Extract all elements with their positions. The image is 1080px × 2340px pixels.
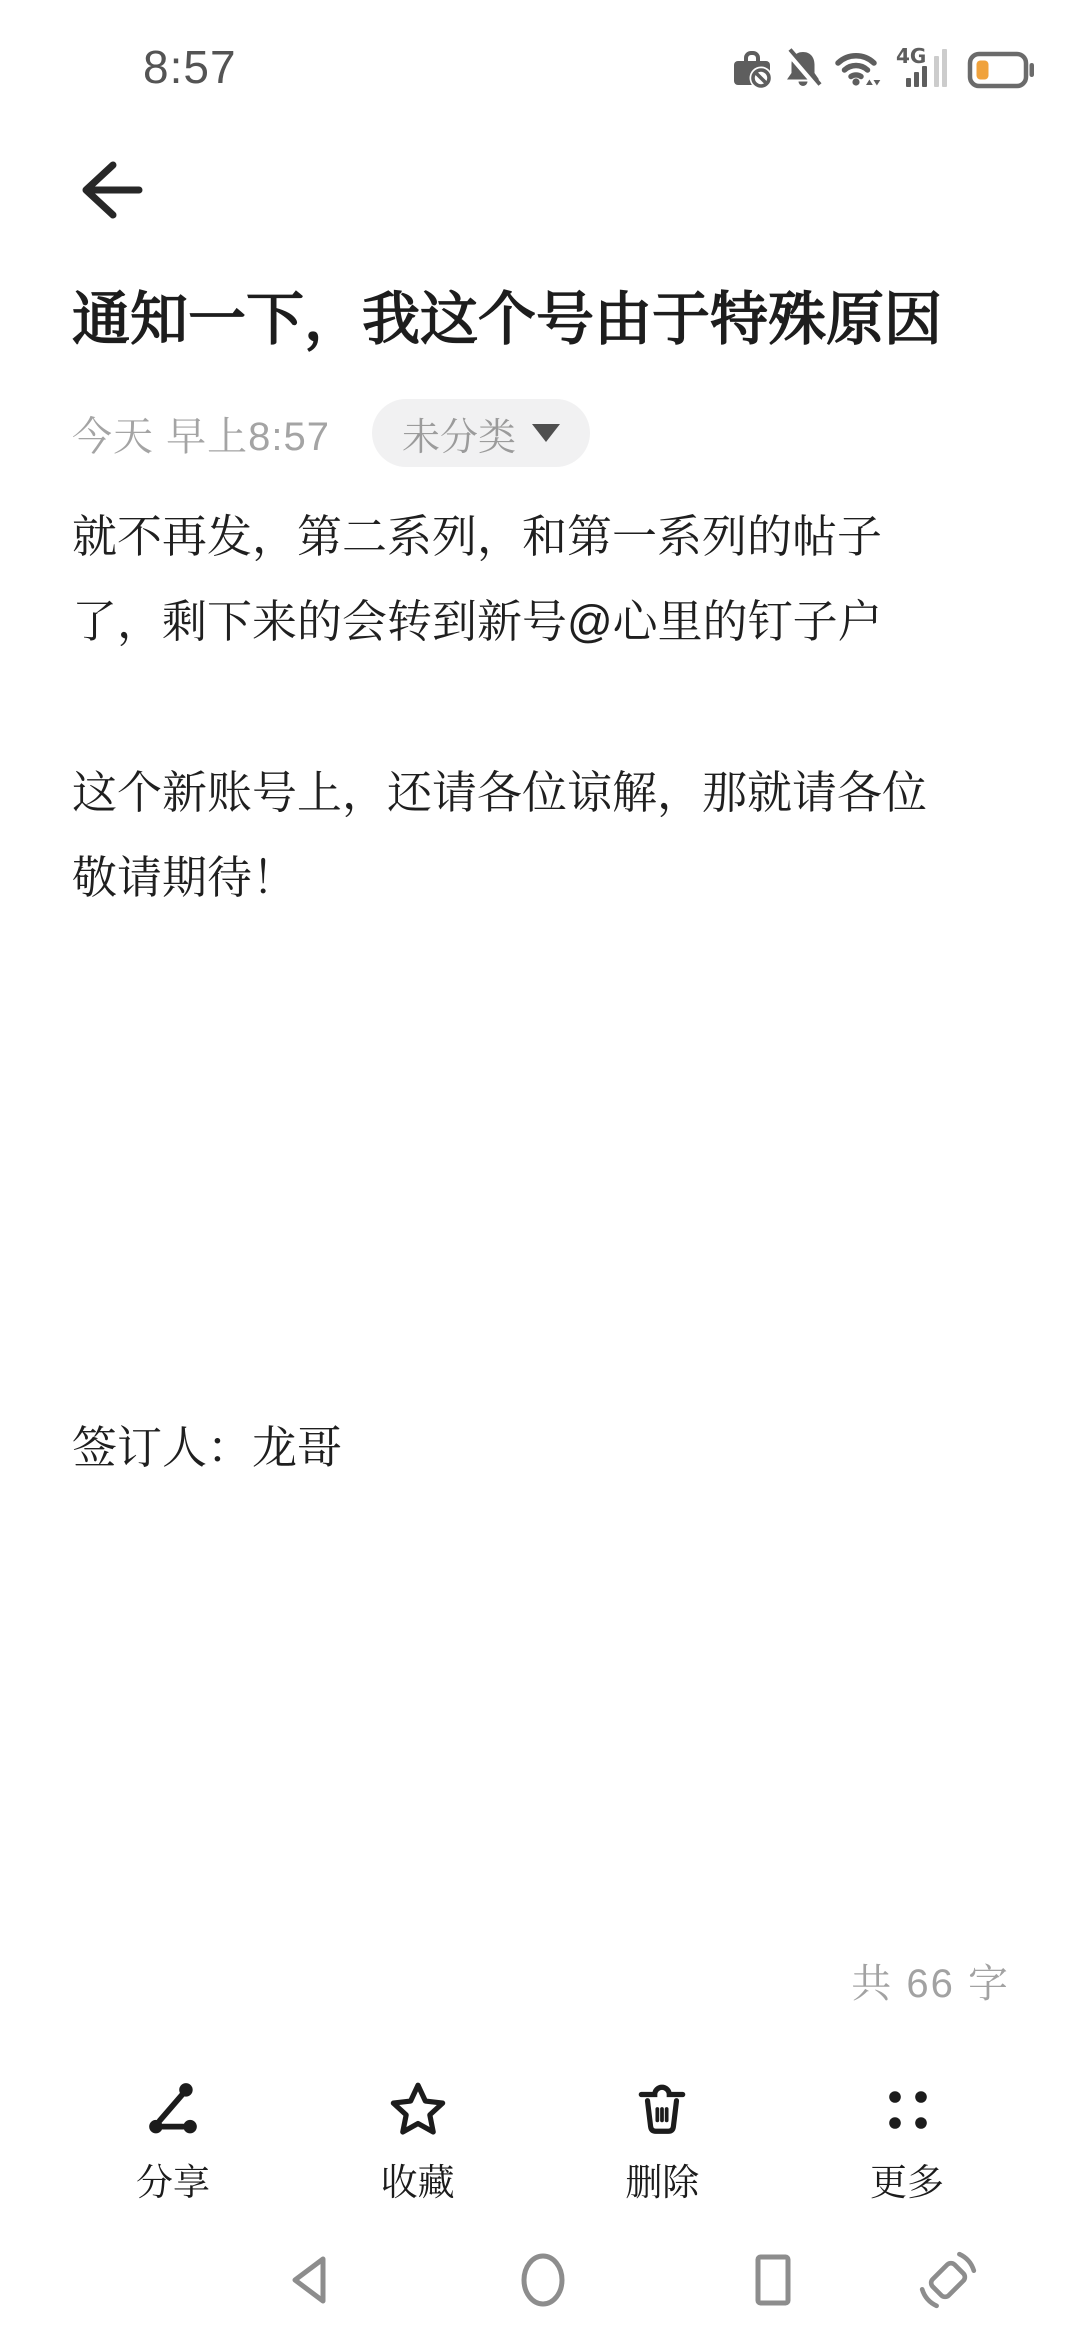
battery-low-icon [967, 50, 1035, 90]
back-triangle-icon [280, 2250, 340, 2310]
note-meta-row: 今天 早上8:57 未分类 [72, 399, 590, 467]
star-icon [388, 2078, 448, 2140]
body-line: 这个新账号上，还请各位谅解，那就请各位 [72, 750, 1012, 835]
category-chip[interactable]: 未分类 [372, 399, 590, 467]
notifications-muted-icon [784, 48, 822, 90]
trash-icon [633, 2078, 691, 2140]
wifi-icon [833, 48, 881, 90]
signature-line: 签订人：龙哥 [72, 1405, 1012, 1490]
recents-square-icon [743, 2250, 803, 2310]
work-profile-blocked-icon [731, 50, 773, 90]
share-button[interactable]: 分享 [112, 2078, 234, 2248]
more-label: 更多 [870, 2152, 944, 2206]
note-signature[interactable]: 签订人：龙哥 [72, 1405, 1012, 1490]
back-arrow-icon [77, 157, 147, 223]
note-body-paragraph-2[interactable]: 这个新账号上，还请各位谅解，那就请各位 敬请期待！ [72, 750, 1012, 920]
back-button[interactable] [74, 152, 150, 228]
status-bar: 8:57 [0, 0, 1080, 110]
bottom-toolbar: 分享 收藏 删除 [0, 2078, 1080, 2248]
home-circle-icon [513, 2250, 573, 2310]
note-body-paragraph-1[interactable]: 就不再发，第二系列，和第一系列的帖子 了，剩下来的会转到新号@心里的钉子户 [72, 494, 1012, 664]
more-dots-icon [879, 2078, 935, 2140]
navigation-bar [0, 2244, 1080, 2316]
network-type-label: 4G [896, 46, 926, 68]
note-date: 今天 早上8:57 [72, 405, 330, 462]
share-label: 分享 [136, 2152, 210, 2206]
status-icons: 4G [731, 42, 1035, 90]
note-title[interactable]: 通知一下，我这个号由于特殊原因 [72, 282, 1012, 358]
favorite-label: 收藏 [381, 2152, 455, 2206]
delete-button[interactable]: 删除 [601, 2078, 723, 2248]
rotate-screen-icon [917, 2249, 979, 2311]
category-label: 未分类 [402, 406, 516, 461]
share-icon [144, 2078, 202, 2140]
note-detail-screen: 8:57 [0, 0, 1080, 2340]
delete-label: 删除 [625, 2152, 699, 2206]
nav-rotate-button[interactable] [912, 2244, 984, 2316]
body-line: 就不再发，第二系列，和第一系列的帖子 [72, 494, 1012, 579]
clock-time: 8:57 [143, 40, 237, 94]
chevron-down-icon [532, 424, 560, 442]
signal-bars-icon: 4G [892, 46, 956, 90]
nav-home-button[interactable] [507, 2244, 579, 2316]
nav-back-button[interactable] [274, 2244, 346, 2316]
body-line: 敬请期待！ [72, 835, 1012, 920]
body-line: 了，剩下来的会转到新号@心里的钉子户 [72, 579, 1012, 664]
nav-recents-button[interactable] [737, 2244, 809, 2316]
more-button[interactable]: 更多 [846, 2078, 968, 2248]
favorite-button[interactable]: 收藏 [357, 2078, 479, 2248]
word-count: 共 66 字 [851, 1952, 1010, 2009]
